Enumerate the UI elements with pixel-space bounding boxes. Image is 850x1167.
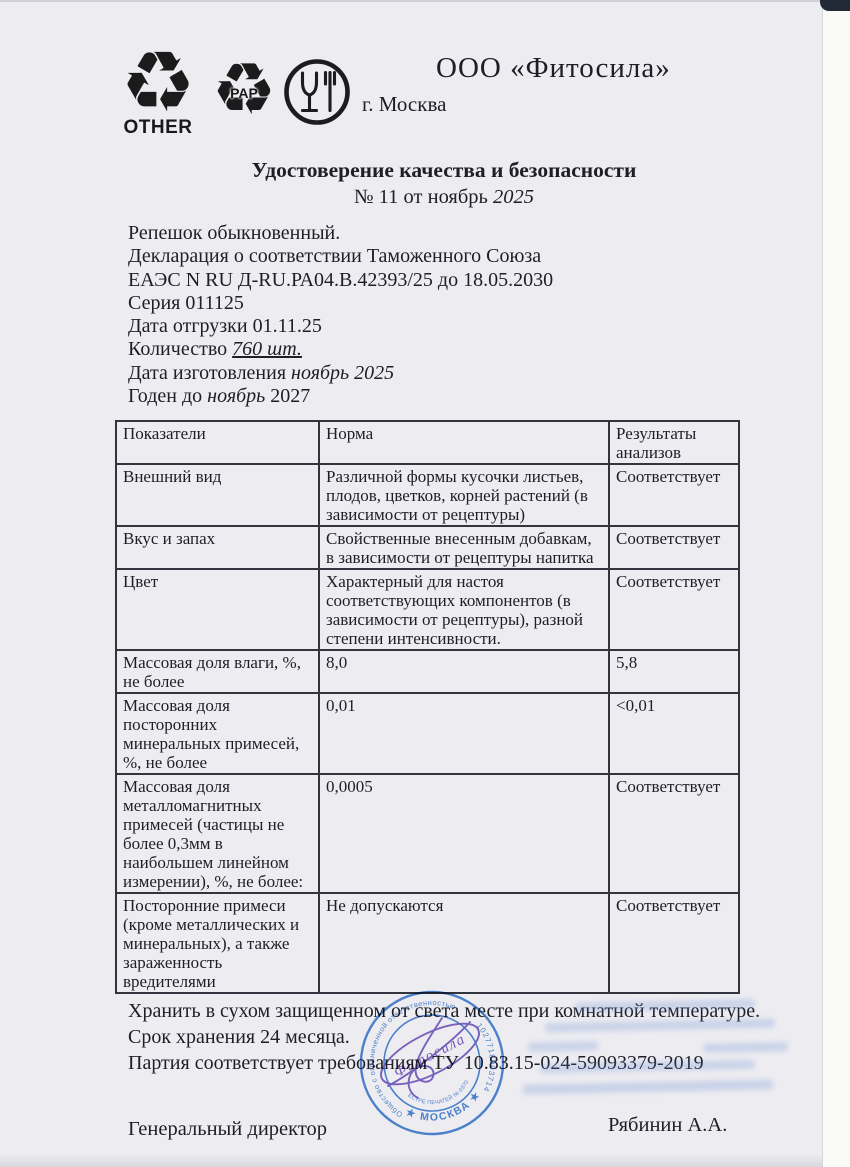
norm-cell: 0,01 — [319, 693, 609, 774]
food-safe-glass-fork-icon — [282, 57, 352, 127]
table-row: Массовая доля металломагнитных примесей … — [116, 774, 739, 893]
indicator-cell: Посторонние примеси (кроме металлических… — [116, 893, 319, 993]
expiry-label: Годен до — [128, 385, 207, 407]
made-label: Дата изготовления — [128, 362, 291, 384]
result-cell: 5,8 — [609, 650, 739, 693]
table-row: Внешний вид Различной формы кусочки лист… — [116, 464, 739, 526]
doc-number-year: 2025 — [493, 186, 534, 208]
company-round-stamp: Общество с ограниченной ответственностью… — [342, 978, 522, 1156]
quantity-line: Количество 760 шт. — [128, 338, 728, 361]
scanned-quality-certificate: ♻ OTHER ♻ PAP ООО «Фитосила» г. Москва У… — [0, 0, 850, 1167]
expiry-line: Годен до ноябрь 2027 — [128, 385, 728, 408]
result-cell: Соответствует — [609, 774, 739, 893]
company-city: г. Москва — [362, 92, 446, 117]
indicator-cell: Массовая доля металломагнитных примесей … — [116, 774, 319, 893]
eaes-number-line: ЕАЭС N RU Д-RU.РА04.В.42393/25 до 18.05.… — [128, 269, 728, 292]
quantity-value: 760 шт. — [232, 338, 302, 360]
norm-cell: 0,0005 — [319, 774, 609, 893]
made-value: ноябрь 2025 — [291, 362, 394, 384]
scan-corner-mark — [820, 0, 850, 11]
made-date-line: Дата изготовления ноябрь 2025 — [128, 362, 728, 385]
table-header-row: Показатели Норма Результаты анализов — [116, 421, 739, 464]
indicator-cell: Вкус и запах — [116, 526, 319, 569]
series-line: Серия 011125 — [128, 292, 728, 315]
recycling-pap-icon: ♻ PAP — [204, 53, 284, 125]
ink-bleed-mark — [528, 1041, 598, 1051]
document-title: Удостоверение качества и безопасности — [133, 158, 755, 183]
result-cell: Соответствует — [609, 569, 739, 650]
recycle-triangle-icon: ♻ — [108, 40, 208, 124]
table-row: Вкус и запах Свойственные внесенным доба… — [116, 526, 739, 569]
recycling-other-icon: ♻ OTHER — [108, 40, 208, 139]
norm-cell: 8,0 — [319, 650, 609, 693]
indicator-cell: Массовая доля влаги, %, не более — [116, 650, 319, 693]
recycling-pap-label: PAP — [230, 85, 258, 101]
expiry-year: 2027 — [265, 385, 310, 407]
norm-cell: Свойственные внесенным добавкам, в завис… — [319, 526, 609, 569]
header-indicator: Показатели — [116, 421, 319, 464]
document-number-line: № 11 от ноябрь 2025 — [133, 186, 755, 209]
indicator-cell: Цвет — [116, 569, 319, 650]
table-row: Массовая доля посторонних минеральных пр… — [116, 693, 739, 774]
doc-number-prefix: № 11 от ноябрь — [354, 186, 493, 208]
norm-cell: Характерный для настоя соответствующих к… — [319, 569, 609, 650]
indicator-cell: Массовая доля посторонних минеральных пр… — [116, 693, 319, 774]
table-row: Массовая доля влаги, %, не более 8,0 5,8 — [116, 650, 739, 693]
product-name: Репешок обыкновенный. — [128, 222, 728, 245]
result-cell: <0,01 — [609, 693, 739, 774]
result-cell: Соответствует — [609, 526, 739, 569]
product-info: Репешок обыкновенный. Декларация о соотв… — [128, 222, 728, 408]
ship-date-line: Дата отгрузки 01.11.25 — [128, 315, 728, 338]
company-name: ООО «Фитосила» — [436, 52, 671, 85]
result-cell: Соответствует — [609, 464, 739, 526]
norm-cell: Различной формы кусочки листьев, плодов,… — [319, 464, 609, 526]
header-result: Результаты анализов — [609, 421, 739, 464]
table-row: Цвет Характерный для настоя соответствую… — [116, 569, 739, 650]
indicator-cell: Внешний вид — [116, 464, 319, 526]
expiry-month: ноябрь — [207, 385, 265, 407]
scan-edge-top — [0, 0, 822, 2]
result-cell: Соответствует — [609, 893, 739, 993]
director-title: Генеральный директор — [128, 1118, 327, 1140]
quantity-label: Количество — [128, 338, 232, 360]
director-name: Рябинин А.А. — [608, 1114, 727, 1137]
declaration-line: Декларация о соответствии Таможенного Со… — [128, 245, 728, 268]
header-norm: Норма — [319, 421, 609, 464]
ink-bleed-mark — [703, 1042, 788, 1053]
quality-indicators-table: Показатели Норма Результаты анализов Вне… — [115, 420, 740, 994]
